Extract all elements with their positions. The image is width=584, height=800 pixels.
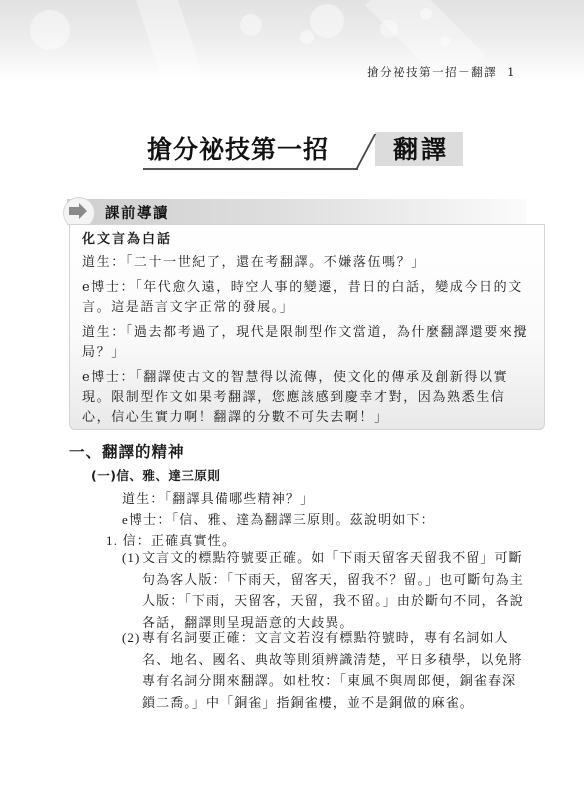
dialog-paragraph: e博士：「翻譯使古文的智慧得以流傳，使文化的傳承及創新得以實現。限制型作文如果考… bbox=[82, 368, 532, 428]
dialog-line: 道生：「翻譯具備哪些精神？」 bbox=[122, 488, 314, 507]
chapter-subtitle: 翻譯 bbox=[393, 130, 449, 166]
running-head: 搶分祕技第一招－翻譯1 bbox=[367, 64, 516, 80]
dialog-line: e博士：「信、雅、達為翻譯三原則。茲說明如下： bbox=[122, 509, 435, 528]
section-heading: 一、翻譯的精神 bbox=[69, 440, 185, 462]
dialog-paragraph: 道生：「二十一世紀了，還在考翻譯。不嫌落伍嗎？」 bbox=[82, 253, 532, 273]
subpoint-number: (2) bbox=[122, 627, 140, 649]
section-subheading: (一)信、雅、達三原則 bbox=[91, 466, 220, 484]
title-underline bbox=[143, 168, 358, 170]
page-number: 1 bbox=[507, 65, 516, 79]
title-slash-divider bbox=[355, 134, 376, 170]
preview-section-header: 課前導讀 bbox=[67, 199, 527, 225]
chapter-title: 搶分祕技第一招 bbox=[147, 130, 329, 166]
preview-box: 化文言為白話 道生：「二十一世紀了，還在考翻譯。不嫌落伍嗎？」 e博士：「年代愈… bbox=[69, 224, 545, 430]
list-item-subpoint: (1) 文言文的標點符號要正確。如「下雨天留客天留我不留」可斷句為客人版：「下雨… bbox=[122, 547, 530, 633]
dialog-paragraph: 道生：「過去都考過了，現代是限制型作文當道，為什麼翻譯還要來攪局？」 bbox=[82, 323, 532, 363]
subpoint-text: 專有名詞要正確：文言文若沒有標點符號時，專有名詞如人名、地名、國名、典故等則須辨… bbox=[122, 627, 530, 713]
subpoint-number: (1) bbox=[122, 547, 140, 569]
subpoint-text: 文言文的標點符號要正確。如「下雨天留客天留我不留」可斷句為客人版：「下雨天，留客… bbox=[122, 547, 530, 633]
running-head-title: 搶分祕技第一招－翻譯 bbox=[367, 65, 497, 79]
list-item-subpoint: (2) 專有名詞要正確：文言文若沒有標點符號時，專有名詞如人名、地名、國名、典故… bbox=[122, 627, 530, 713]
preview-header-label: 課前導讀 bbox=[105, 202, 169, 223]
chapter-title-block: 搶分祕技第一招 翻譯 bbox=[143, 128, 453, 174]
arrow-right-icon bbox=[69, 207, 79, 215]
preview-subtitle: 化文言為白話 bbox=[82, 231, 532, 248]
dialog-paragraph: e博士：「年代愈久遠，時空人事的變遷，昔日的白話，變成今日的文言。這是語言文字正… bbox=[82, 278, 532, 318]
